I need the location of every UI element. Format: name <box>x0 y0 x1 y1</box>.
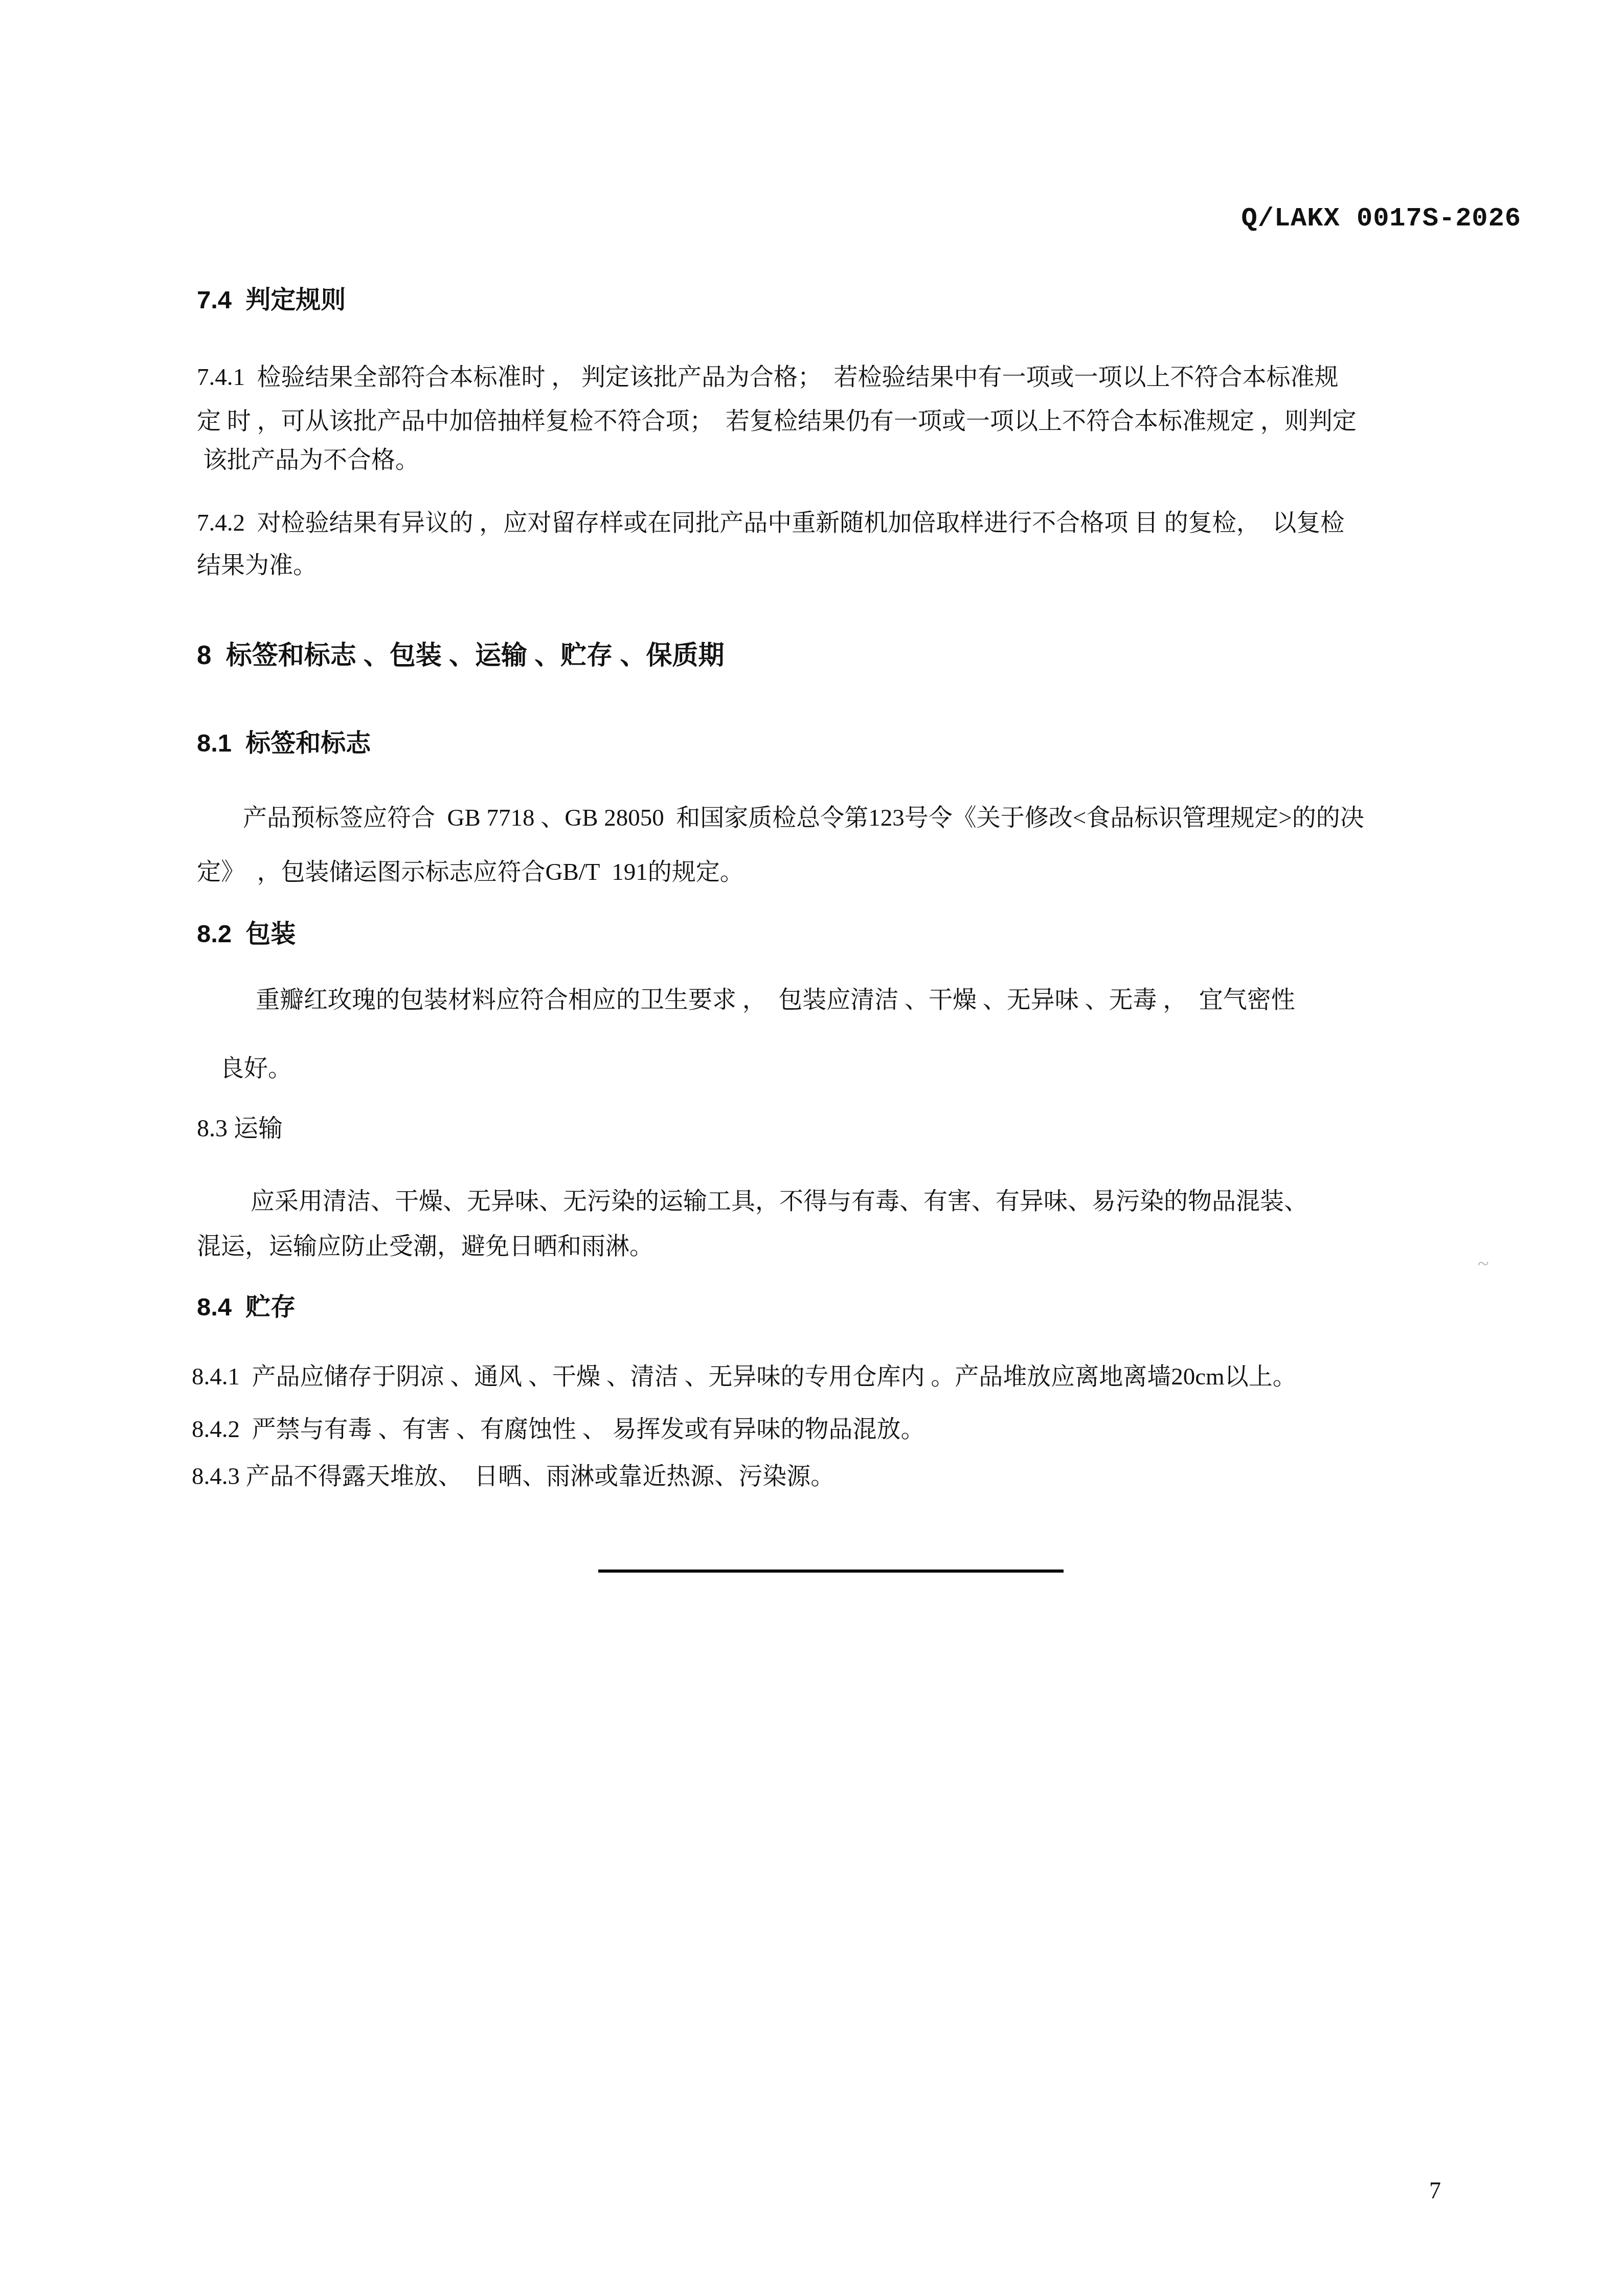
header-doc-code: Q/LAKX 0017S-2026 <box>1242 203 1522 234</box>
heading-8-1: 8.1 标签和标志 <box>197 723 371 759</box>
paragraph-7-4-1-line2: 定 时 ，可从该批产品中加倍抽样复检不符合项； 若复检结果仍有一项或一项以上不符… <box>197 402 1357 436</box>
paragraph-8-1-line1: 产品预标签应符合 GB 7718 、GB 28050 和国家质检总令第123号令… <box>243 799 1364 833</box>
paragraph-8-3-line2: 混运，运输应防止受潮，避免日晒和雨淋。 <box>197 1227 653 1261</box>
page-number: 7 <box>1429 2177 1441 2204</box>
heading-7-4: 7.4 判定规则 <box>197 280 346 316</box>
heading-8: 8 标签和标志 、包装 、运输 、贮存 、保质期 <box>197 634 724 672</box>
paragraph-8-3-line1: 应采用清洁、干燥、无异味、无污染的运输工具，不得与有毒、有害、有异味、易污染的物… <box>251 1182 1308 1216</box>
paragraph-8-4-3: 8.4.3 产品不得露天堆放、 日晒、雨淋或靠近热源、污染源。 <box>192 1457 834 1491</box>
scan-artifact-mark: ~ <box>1478 1252 1489 1276</box>
paragraph-8-4-1: 8.4.1 产品应储存于阴凉 、通风 、干燥 、清洁 、无异味的专用仓库内 。产… <box>192 1357 1297 1392</box>
paragraph-8-4-2: 8.4.2 严禁与有毒 、有害 、有腐蚀性 、 易挥发或有异味的物品混放。 <box>192 1410 925 1444</box>
heading-8-4: 8.4 贮存 <box>197 1287 296 1323</box>
paragraph-8-2-line1: 重瓣红玫瑰的包装材料应符合相应的卫生要求 ， 包装应清洁 、干燥 、无异味 、无… <box>256 981 1295 1015</box>
paragraph-7-4-2-line2: 结果为准。 <box>197 546 317 580</box>
paragraph-7-4-1-line1: 7.4.1 检验结果全部符合本标准时 ， 判定该批产品为合格； 若检验结果中有一… <box>197 358 1339 392</box>
heading-8-2: 8.2 包装 <box>197 914 296 950</box>
paragraph-8-2-line2: 良好。 <box>220 1049 292 1083</box>
heading-8-3: 8.3 运输 <box>197 1108 283 1144</box>
section-end-divider <box>598 1570 1064 1573</box>
document-page: Q/LAKX 0017S-2026 7.4 判定规则 7.4.1 检验结果全部符… <box>0 0 1624 2296</box>
paragraph-7-4-1-line3: 该批产品为不合格。 <box>203 441 419 475</box>
paragraph-7-4-2-line1: 7.4.2 对检验结果有异议的 ，应对留存样或在同批产品中重新随机加倍取样进行不… <box>197 504 1344 538</box>
paragraph-8-1-line2: 定》 ，包装储运图示标志应符合GB/T 191的规定。 <box>197 853 744 887</box>
